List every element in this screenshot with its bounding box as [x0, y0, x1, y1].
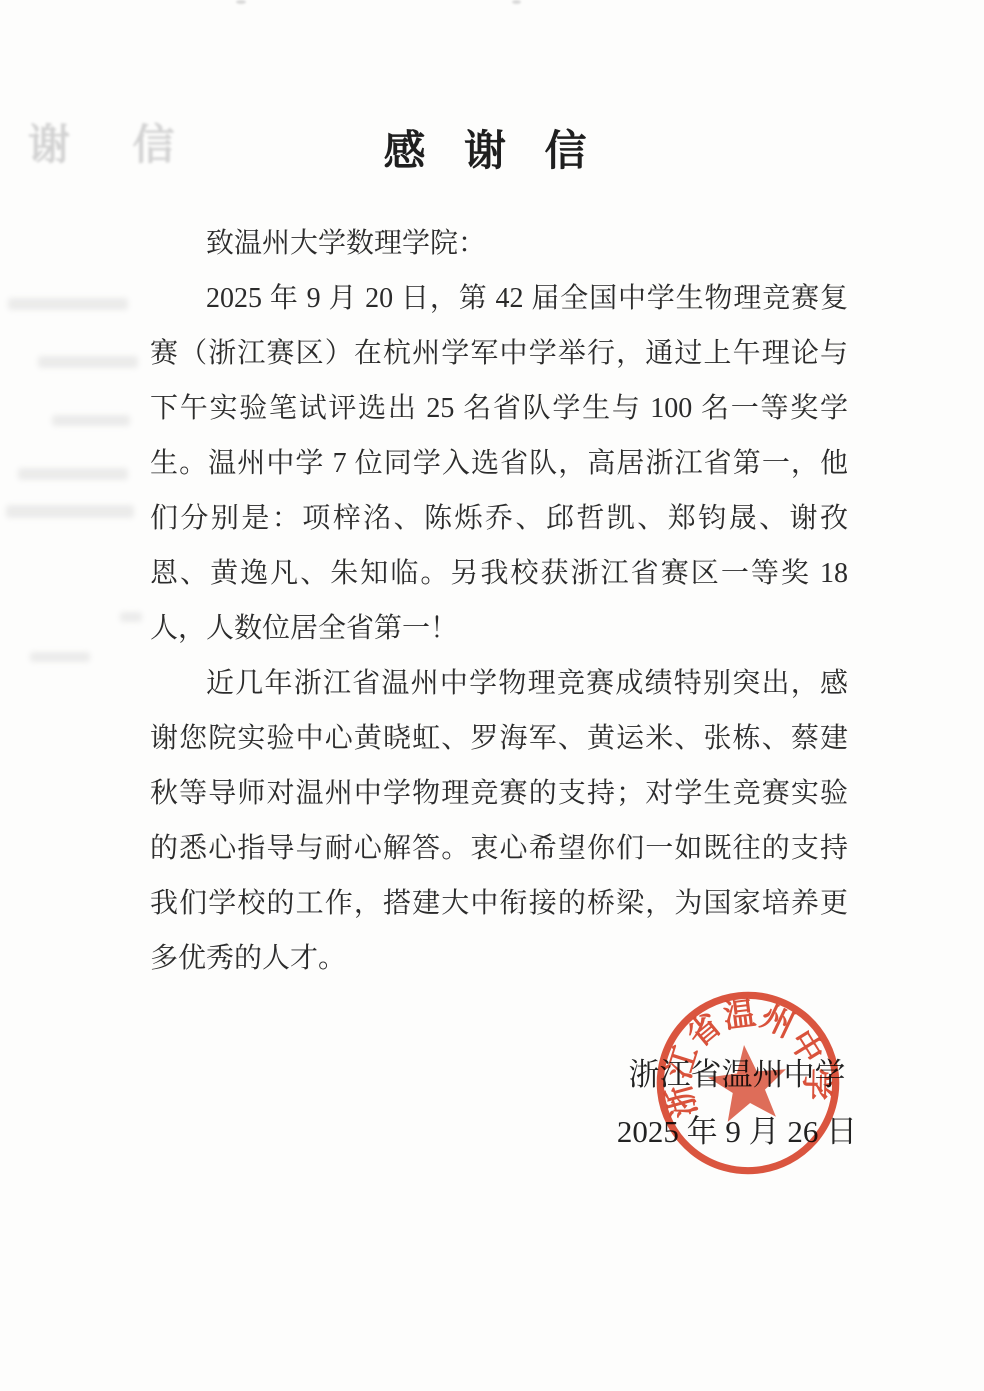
scan-speck — [236, 0, 246, 4]
letter-page: 谢 信 感 谢 信 致温州大学数理学院： 2025 年 9 月 20 日，第 4… — [0, 0, 984, 1391]
scan-artifact — [38, 356, 138, 368]
seal-star-icon — [705, 1041, 791, 1123]
scan-artifact — [8, 298, 128, 310]
scan-artifact — [18, 468, 128, 480]
scan-artifact — [6, 505, 134, 518]
scan-speck — [512, 0, 521, 4]
salutation: 致温州大学数理学院： — [150, 216, 848, 271]
official-seal: 浙江省温州中学 — [640, 975, 855, 1190]
letter-title: 感 谢 信 — [0, 118, 984, 178]
paragraph-2: 近几年浙江省温州中学物理竞赛成绩特别突出，感谢您院实验中心黄晓虹、罗海军、黄运米… — [150, 656, 848, 986]
scan-artifact — [30, 652, 90, 662]
scan-artifact — [52, 415, 130, 426]
paragraph-1: 2025 年 9 月 20 日，第 42 届全国中学生物理竞赛复赛（浙江赛区）在… — [150, 271, 848, 656]
letter-body: 致温州大学数理学院： 2025 年 9 月 20 日，第 42 届全国中学生物理… — [150, 216, 848, 986]
scan-artifact — [120, 612, 142, 622]
